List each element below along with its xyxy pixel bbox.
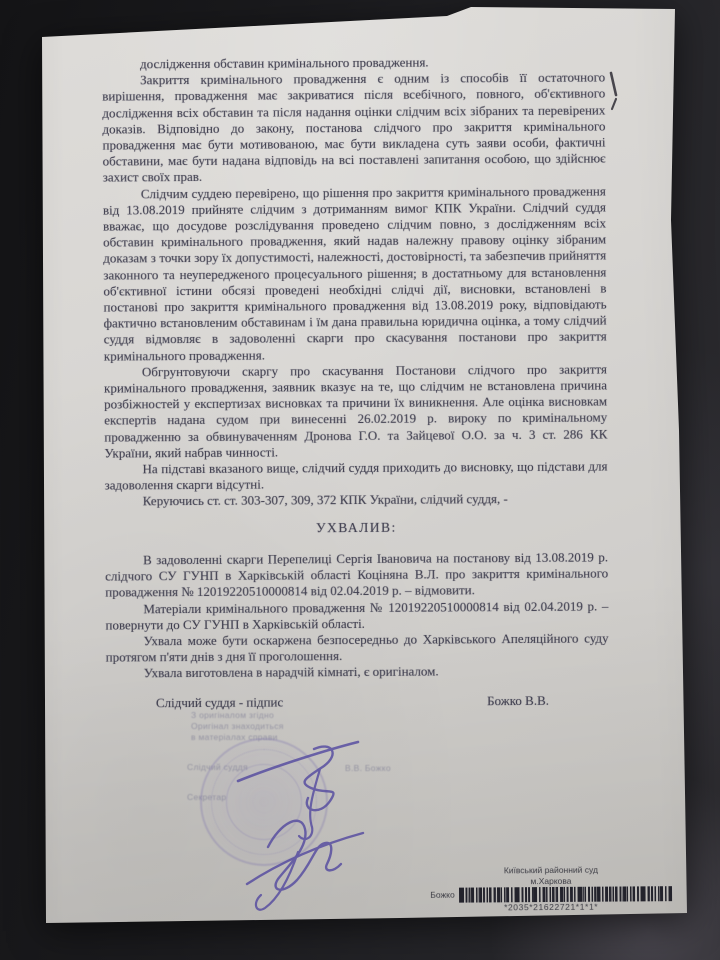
court-footer-label: Київський районний суд м.Харкова Божко *… [400, 864, 702, 914]
body-paragraph: Керуючись ст. ст. 303-307, 309, 372 КПК … [105, 491, 608, 510]
ruling-paragraph: Ухвала може бути оскаржена безпосередньо… [106, 630, 609, 665]
document-text: дослідження обставин кримінального прова… [102, 53, 609, 711]
body-paragraph: На підставі вказаного вище, слідчий судд… [104, 459, 607, 494]
court-city: м.Харкова [400, 874, 702, 887]
barcode-name-label: Божко [430, 890, 455, 901]
ruling-heading: УХВАЛИВ: [105, 518, 608, 537]
ruling-paragraph: Ухвала виготовлена в нарадчій кімнаті, є… [106, 663, 609, 682]
judge-name: Божко В.В. [487, 692, 549, 709]
body-paragraph: Слідчим суддею перевірено, що рішення пр… [103, 183, 607, 364]
ruling-paragraph: В задоволенні скарги Перепелиці Сергія І… [105, 549, 608, 601]
signature-caption: Слідчий суддя - підпис [156, 694, 283, 711]
body-paragraph: Обгрунтовуючи скаргу про скасування Пост… [104, 361, 608, 461]
round-seal-stamp [200, 738, 328, 866]
barcode-row: Божко [400, 886, 702, 903]
pen-marks [611, 73, 616, 109]
ruling-paragraph: Матеріали кримінального провадження № 12… [105, 598, 608, 633]
body-paragraph: Закриття кримінального провадження є одн… [102, 70, 606, 186]
signature-row: Слідчий суддя - підпис Божко В.В. [106, 692, 609, 711]
cert-stamp-line-1: З оригіналом згідно [191, 710, 274, 721]
cert-stamp-judge-name: В.В. Божко [345, 763, 391, 774]
ruling-body: В задоволенні скарги Перепелиці Сергія І… [105, 549, 609, 682]
barcode [459, 886, 672, 902]
document-body: дослідження обставин кримінального прова… [102, 53, 608, 510]
cert-stamp-line-2: Оригінал знаходиться [191, 721, 284, 732]
barcode-number: *2035*21622721*1*1* [400, 901, 702, 914]
paper-photo: дослідження обставин кримінального прова… [0, 0, 720, 960]
paper-sheet: дослідження обставин кримінального прова… [0, 0, 720, 960]
